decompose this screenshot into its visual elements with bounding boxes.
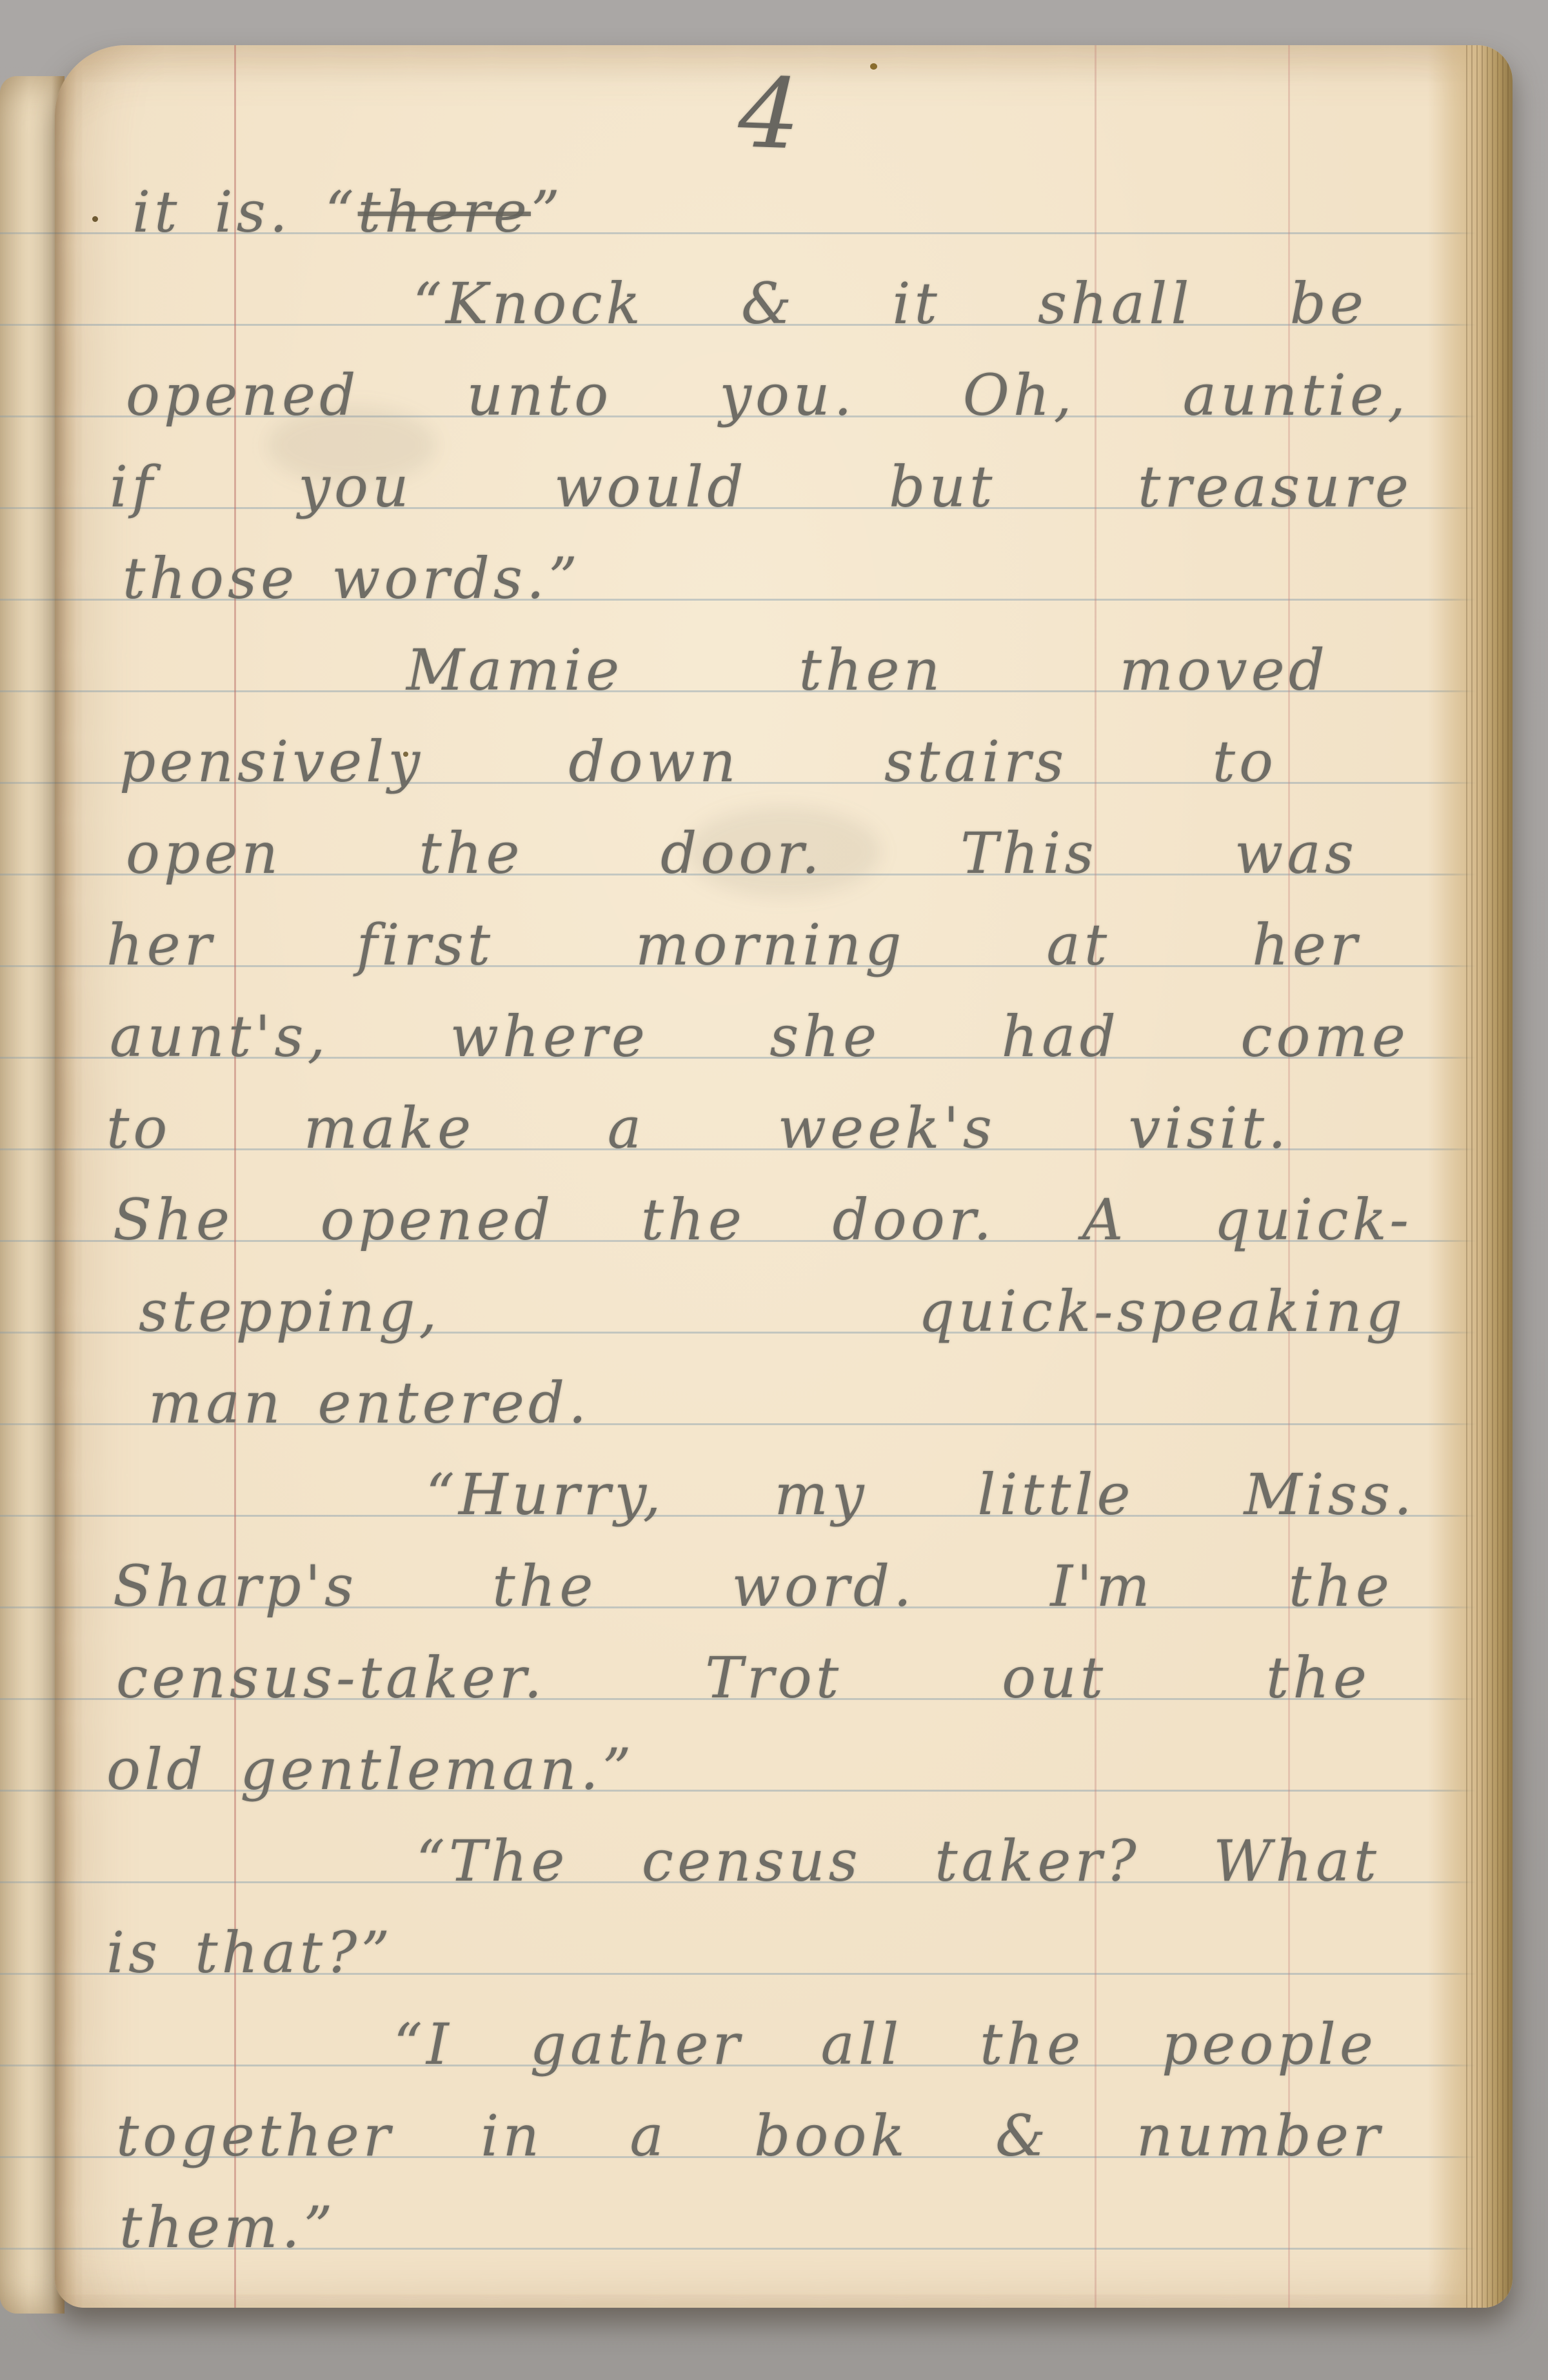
handwritten-line: “I gather all the people xyxy=(393,1999,1377,2090)
handwritten-line: pensively down stairs to xyxy=(119,716,1277,808)
handwritten-line: census-taker. Trot out the xyxy=(116,1632,1371,1724)
handwritten-line: Mamie then moved xyxy=(406,625,1329,716)
paper-speck xyxy=(403,752,408,757)
notebook-page: 4 it is. “there” “Knock & it shall be op… xyxy=(55,45,1513,2308)
handwritten-line: aunt's, where she had come xyxy=(110,991,1409,1083)
handwritten-line: “Hurry, my little Miss. xyxy=(426,1449,1416,1541)
page-number: 4 xyxy=(737,57,802,171)
handwritten-line: to make a week's visit. xyxy=(106,1083,1290,1174)
handwritten-line: Sharp's the word. I'm the xyxy=(113,1541,1393,1632)
handwritten-line: her first morning at her xyxy=(106,899,1361,991)
line-text: ” xyxy=(531,179,564,245)
paper-speck xyxy=(870,63,877,70)
binding-gutter-shadow xyxy=(55,45,77,2308)
line-text: it is. “ xyxy=(132,179,358,245)
pencil-smudge xyxy=(687,806,880,897)
pencil-smudge xyxy=(268,406,435,484)
handwritten-line: man entered. xyxy=(148,1357,590,1449)
handwritten-line: it is. “there” xyxy=(132,166,564,258)
handwritten-line: those words.” xyxy=(123,533,581,625)
handwritten-line: stepping, quick-speaking xyxy=(139,1266,1406,1357)
scanned-notebook: { "page_number": "4", "document": { "kin… xyxy=(0,0,1548,2380)
paper-speck xyxy=(92,216,98,222)
handwritten-line: She opened the door. A quick- xyxy=(113,1174,1413,1266)
handwritten-line: is that?” xyxy=(106,1907,393,1999)
handwritten-line: them.” xyxy=(119,2182,337,2274)
handwritten-line: “The census taker? What xyxy=(416,1815,1380,1907)
page-stack-striations xyxy=(1466,45,1513,2308)
strikethrough-text: there xyxy=(358,179,531,245)
handwritten-line: “Knock & it shall be xyxy=(413,258,1367,350)
handwritten-line: together in a book & number xyxy=(116,2090,1384,2182)
handwritten-line: old gentleman.” xyxy=(106,1724,635,1815)
